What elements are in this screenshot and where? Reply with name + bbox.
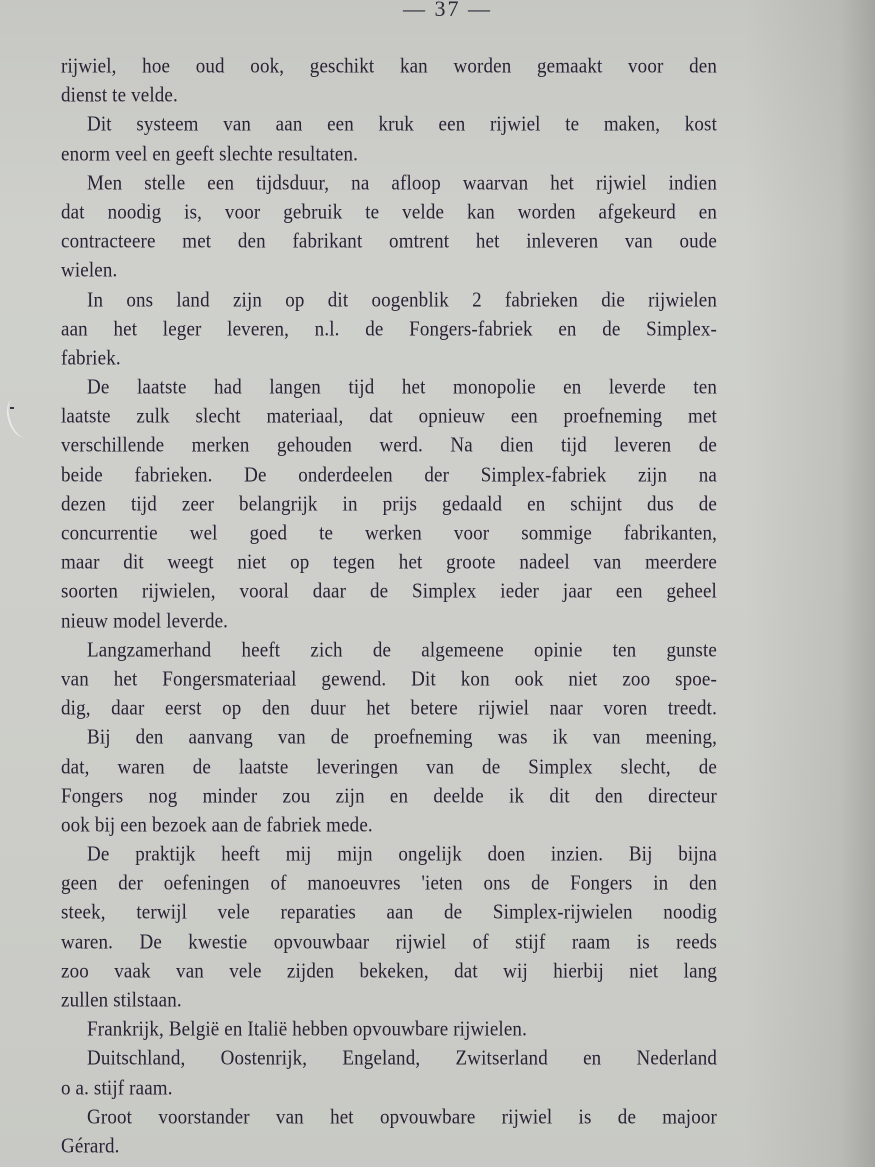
text-line: nieuw model leverde. xyxy=(61,605,717,638)
text-line: o a. stijf raam. xyxy=(61,1072,717,1105)
text-line: ook bij een bezoek aan de fabriek mede. xyxy=(61,809,717,842)
text-line: enorm veel en geeft slechte resultaten. xyxy=(61,138,717,171)
text-line: Dit systeem van aan een kruk een rijwiel… xyxy=(61,109,717,142)
text-line: De praktijk heeft mij mijn ongelijk doen… xyxy=(61,838,717,871)
text-line: soorten rijwielen, vooral daar de Simple… xyxy=(61,576,717,609)
text-line: rijwiel, hoe oud ook, geschikt kan worde… xyxy=(61,50,717,83)
text-line: fabriek. xyxy=(61,342,717,375)
text-line: wielen. xyxy=(61,255,717,288)
text-line: zoo vaak van vele zijden bekeken, dat wi… xyxy=(61,955,717,988)
paragraph: Duitschland, Oostenrijk, Engeland, Zwits… xyxy=(61,1044,717,1102)
paragraph: Dit systeem van aan een kruk een rijwiel… xyxy=(61,110,717,168)
text-line: maar dit weegt niet op tegen het groote … xyxy=(61,546,717,579)
text-line: van het Fongersmateriaal gewend. Dit kon… xyxy=(61,663,717,696)
ink-speck xyxy=(10,407,14,409)
text-line: dat, waren de laatste leveringen van de … xyxy=(61,751,717,784)
text-line: zullen stilstaan. xyxy=(61,984,717,1017)
text-line: steek, terwijl vele reparaties aan de Si… xyxy=(61,897,717,930)
paragraph: Langzamerhand heeft zich de algemeene op… xyxy=(61,636,717,724)
text-line: beide fabrieken. De onderdeelen der Simp… xyxy=(61,459,717,492)
paragraph: Men stelle een tijdsduur, na afloop waar… xyxy=(61,169,717,286)
text-line: In ons land zijn op dit oogenblik 2 fabr… xyxy=(61,284,717,317)
text-line: Frankrijk, België en Italië hebben opvou… xyxy=(61,1013,717,1046)
text-line: dezen tijd zeer belangrijk in prijs geda… xyxy=(61,488,717,521)
text-line: verschillende merken gehouden werd. Na d… xyxy=(61,430,717,463)
paragraph: Groot voorstander van het opvouwbare rij… xyxy=(61,1103,717,1161)
body-text: rijwiel, hoe oud ook, geschikt kan worde… xyxy=(61,52,717,1161)
text-line: De laatste had langen tijd het monopolie… xyxy=(61,371,717,404)
scanned-book-page: — 37 — rijwiel, hoe oud ook, geschikt ka… xyxy=(0,0,875,1167)
text-line: aan het leger leveren, n.l. de Fongers-f… xyxy=(61,313,717,346)
paragraph: In ons land zijn op dit oogenblik 2 fabr… xyxy=(61,286,717,374)
paper-crease-mark xyxy=(2,396,35,441)
paragraph: De laatste had langen tijd het monopolie… xyxy=(61,373,717,636)
text-line: dat noodig is, voor gebruik te velde kan… xyxy=(61,196,717,229)
text-line: Gérard. xyxy=(61,1130,717,1163)
text-line: concurrentie wel goed te werken voor som… xyxy=(61,517,717,550)
paragraph: De praktijk heeft mij mijn ongelijk doen… xyxy=(61,840,717,1015)
paragraph: Frankrijk, België en Italië hebben opvou… xyxy=(61,1015,717,1044)
text-line: Groot voorstander van het opvouwbare rij… xyxy=(61,1101,717,1134)
text-line: contracteere met den fabrikant omtrent h… xyxy=(61,225,717,258)
text-line: Men stelle een tijdsduur, na afloop waar… xyxy=(61,167,717,200)
text-line: Duitschland, Oostenrijk, Engeland, Zwits… xyxy=(61,1043,717,1076)
text-line: Fongers nog minder zou zijn en deelde ik… xyxy=(61,780,717,813)
paragraph: rijwiel, hoe oud ook, geschikt kan worde… xyxy=(61,52,717,110)
paragraph: Bij den aanvang van de proefneming was i… xyxy=(61,723,717,840)
text-line: waren. De kwestie opvouwbaar rijwiel of … xyxy=(61,926,717,959)
text-line: Bij den aanvang van de proefneming was i… xyxy=(61,722,717,755)
text-line: Langzamerhand heeft zich de algemeene op… xyxy=(61,634,717,667)
page-number: — 37 — xyxy=(0,0,875,22)
text-line: dienst te velde. xyxy=(61,79,717,112)
text-line: dig, daar eerst op den duur het betere r… xyxy=(61,692,717,725)
